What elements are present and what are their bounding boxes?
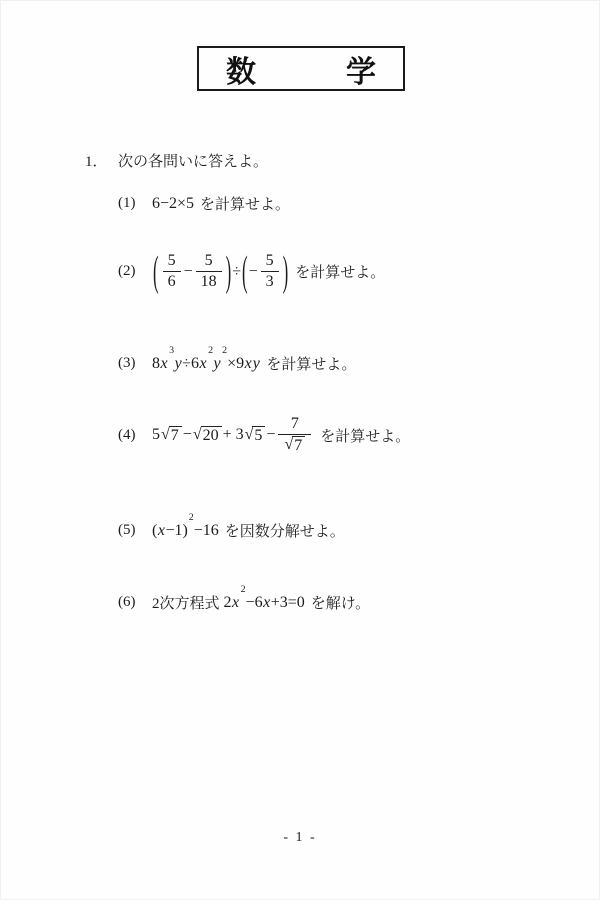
instruction-text: を計算せよ。: [295, 261, 385, 282]
fraction-numerator: 7: [278, 415, 311, 434]
fraction-denominator: √7: [278, 434, 311, 455]
math-text: 7: [171, 427, 179, 444]
fraction-denominator: 18: [196, 271, 222, 291]
math-text: 5: [152, 426, 160, 444]
math-text: 5: [205, 252, 213, 269]
math-text: ÷: [232, 263, 241, 281]
section-lead-text: 次の各問いに答えよ。: [118, 150, 268, 171]
radical-sign-icon: √: [284, 436, 293, 454]
radicand: 20: [201, 426, 222, 445]
math-text: −6: [246, 594, 263, 612]
fraction: 56: [163, 252, 181, 292]
radical-sign-icon: √: [161, 426, 170, 444]
math-text: −: [266, 426, 275, 444]
math-text: −: [249, 263, 258, 281]
fraction: 7√7: [278, 415, 311, 456]
math-text: 18: [201, 273, 217, 290]
exam-page: 数 学 1． 次の各問いに答えよ。 (1)6−2×5を計算せよ。(2)(56 −…: [0, 0, 600, 900]
instruction-text: を計算せよ。: [320, 425, 410, 446]
math-text: ÷: [182, 355, 191, 373]
math-text: 8: [152, 355, 160, 373]
fraction-numerator: 5: [196, 252, 222, 271]
question-expression: (x−1)2−16を因数分解せよ。: [152, 520, 345, 541]
big-paren: (: [241, 246, 249, 297]
fraction-denominator: 6: [163, 271, 181, 291]
title-box: 数 学: [197, 46, 405, 91]
math-variable: x: [263, 594, 271, 612]
fraction-numerator: 5: [261, 252, 279, 271]
square-root: √5: [245, 426, 266, 445]
radicand: 7: [292, 436, 305, 455]
math-text: 6−2×5: [152, 195, 194, 213]
math-text: + 3: [223, 426, 244, 444]
math-text: 9: [236, 355, 244, 373]
radicand: 7: [169, 426, 182, 445]
question-number: (5): [118, 522, 152, 539]
title-char-left: 数: [226, 47, 256, 91]
fraction: 53: [261, 252, 279, 292]
fraction-denominator: 3: [261, 271, 279, 291]
instruction-text: 2次方程式: [152, 592, 220, 613]
math-text: +3=0: [271, 594, 305, 612]
math-variable: y: [252, 355, 260, 373]
instruction-text: を因数分解せよ。: [225, 520, 345, 541]
math-variable: x: [199, 355, 207, 373]
title-char-right: 学: [346, 47, 376, 91]
question-number: (6): [118, 594, 152, 611]
math-text: 6: [191, 355, 199, 373]
big-paren: (: [152, 246, 160, 297]
big-paren: ): [282, 246, 290, 297]
question-number: (3): [118, 355, 152, 372]
math-text: 5: [266, 252, 274, 269]
math-text: 5: [168, 252, 176, 269]
math-variable: x: [232, 594, 240, 612]
math-text: 5: [254, 427, 262, 444]
square-root: √7: [284, 436, 305, 455]
section-number: 1．: [85, 150, 118, 171]
math-text: 3: [266, 273, 274, 290]
question-number: (1): [118, 195, 152, 212]
math-text: −: [183, 426, 192, 444]
question-item: (2)(56 − 518)÷(−53)を計算せよ。: [118, 252, 385, 292]
math-text: 6: [168, 273, 176, 290]
question-item: (1)6−2×5を計算せよ。: [118, 193, 290, 214]
question-item: (4)5√7 − √20 + 3√5 − 7√7を計算せよ。: [118, 415, 410, 456]
section-heading: 1． 次の各問いに答えよ。: [85, 150, 268, 171]
math-text: 7: [294, 437, 302, 454]
big-paren: ): [225, 246, 233, 297]
square-root: √7: [161, 426, 182, 445]
radical-sign-icon: √: [245, 426, 254, 444]
fraction: 518: [196, 252, 222, 292]
fraction-numerator: 5: [163, 252, 181, 271]
math-variable: x: [244, 355, 252, 373]
math-text: −16: [194, 522, 219, 540]
question-number: (4): [118, 427, 152, 444]
math-text: 20: [203, 427, 219, 444]
math-text: −1): [165, 522, 187, 540]
math-text: −: [184, 263, 193, 281]
radical-sign-icon: √: [193, 426, 202, 444]
math-variable: y: [174, 355, 182, 373]
question-number: (2): [118, 263, 152, 280]
math-variable: x: [160, 355, 168, 373]
question-item: (5)(x−1)2−16を因数分解せよ。: [118, 520, 345, 541]
instruction-text: を解け。: [311, 592, 370, 613]
question-expression: 8x3y÷6x2y2×9xyを計算せよ。: [152, 353, 356, 374]
square-root: √20: [193, 426, 222, 445]
question-expression: 2次方程式 2x2−6x+3=0を解け。: [152, 592, 370, 613]
question-expression: 6−2×5を計算せよ。: [152, 193, 290, 214]
instruction-text: を計算せよ。: [266, 353, 356, 374]
radicand: 5: [252, 426, 265, 445]
math-text: ×: [227, 355, 236, 373]
math-text: 7: [291, 415, 299, 432]
math-variable: x: [157, 522, 165, 540]
instruction-text: を計算せよ。: [200, 193, 290, 214]
question-expression: (56 − 518)÷(−53)を計算せよ。: [152, 252, 385, 292]
question-expression: 5√7 − √20 + 3√5 − 7√7を計算せよ。: [152, 415, 410, 456]
question-item: (6)2次方程式 2x2−6x+3=0を解け。: [118, 592, 370, 613]
question-item: (3)8x3y÷6x2y2×9xyを計算せよ。: [118, 353, 356, 374]
math-text: 2: [224, 594, 232, 612]
page-number: - 1 -: [0, 830, 600, 846]
math-variable: y: [213, 355, 221, 373]
